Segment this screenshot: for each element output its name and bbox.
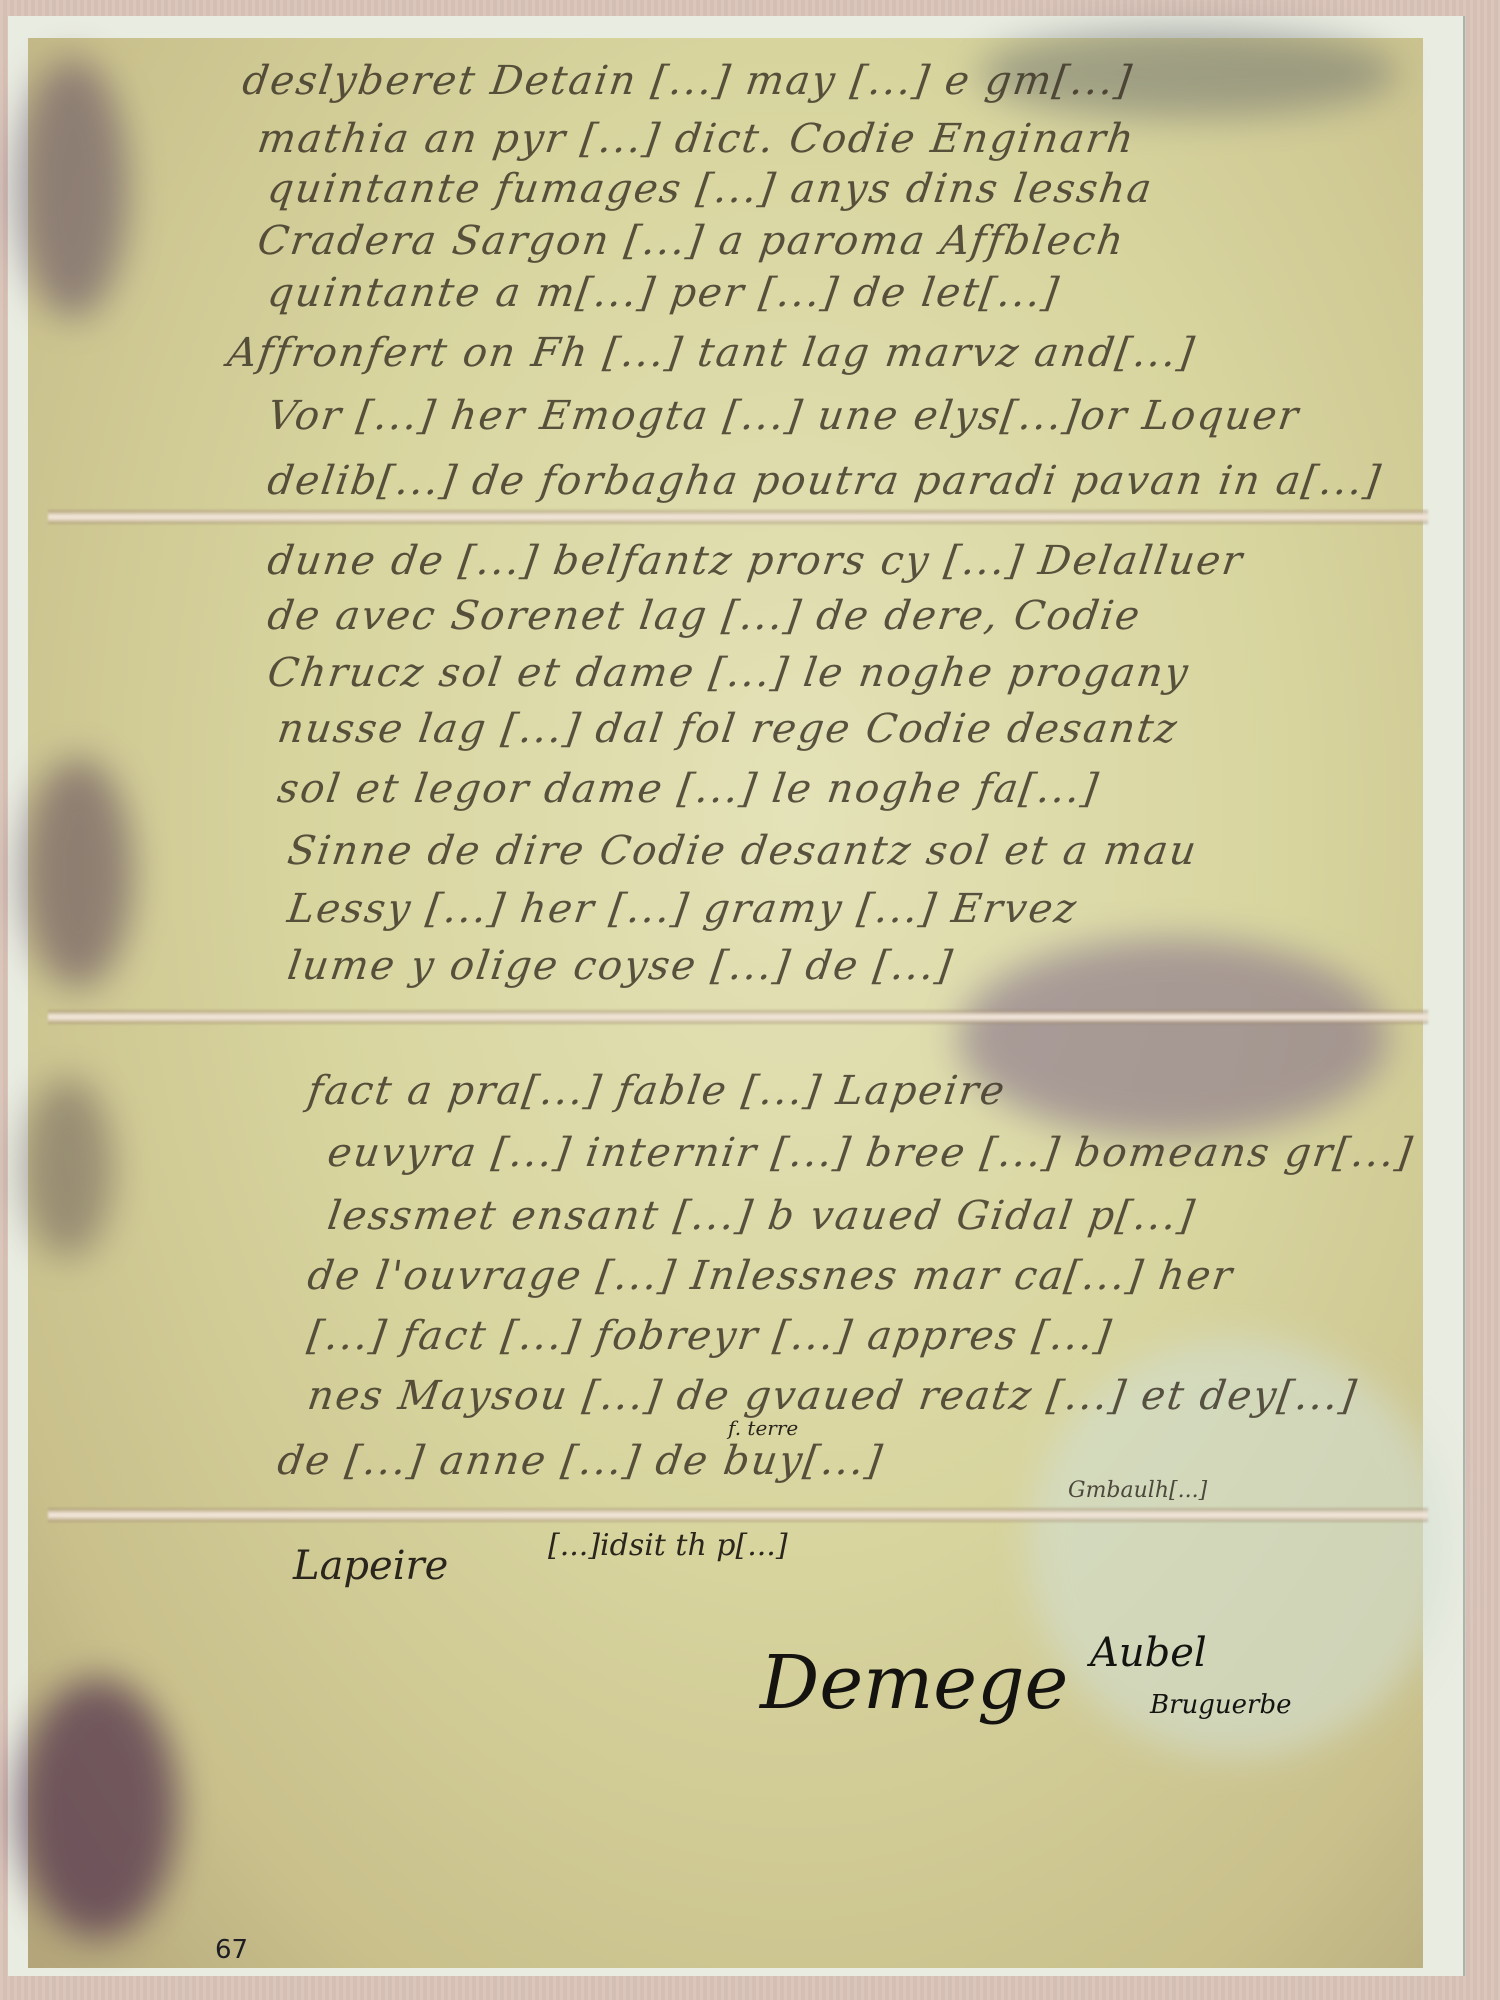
- mark-above-signature: Gmbaulh[...]: [1068, 1478, 1207, 1503]
- text-line: Chrucz sol et dame [...] le noghe progan…: [265, 650, 1193, 696]
- text-line: quintante fumages [...] anys dins lessha: [265, 166, 1156, 212]
- text-line: Affronfert on Fh [...] tant lag marvz an…: [225, 330, 1199, 376]
- page-number: 67: [215, 1935, 248, 1965]
- fold-tear-3: [48, 1508, 1428, 1522]
- stain-left-mid: [23, 758, 133, 988]
- text-line: mathia an pyr [...] dict. Codie Enginarh: [255, 116, 1138, 162]
- text-line: delib[...] de forbagha poutra paradi pav…: [265, 458, 1385, 504]
- text-line: Sinne de dire Codie desantz sol et a mau: [285, 828, 1201, 874]
- stain-left-bottom: [18, 1678, 178, 1938]
- text-line: [...] fact [...] fobreyr [...] appres [.…: [305, 1313, 1116, 1359]
- text-line: dune de [...] belfantz prors cy [...] De…: [265, 538, 1247, 584]
- text-line: de l'ouvrage [...] Inlessnes mar ca[...]…: [305, 1253, 1237, 1299]
- text-line: sol et legor dame [...] le noghe fa[...]: [275, 766, 1103, 812]
- stain-right-purple: [958, 938, 1388, 1138]
- text-line: nusse lag [...] dal fol rege Codie desan…: [275, 706, 1182, 752]
- middle-note: [...]idsit th p[...]: [548, 1528, 788, 1563]
- fold-tear-2: [48, 1010, 1428, 1024]
- text-line: fact a pra[...] fable [...] Lapeire: [305, 1068, 1009, 1114]
- text-line: de [...] anne [...] de buy[...]: [275, 1438, 887, 1484]
- text-line: nes Maysou [...] de gvaued reatz [...] e…: [305, 1373, 1361, 1419]
- signature-second-bottom: Bruguerbe: [1150, 1690, 1292, 1720]
- signature-main: Demege: [760, 1640, 1068, 1726]
- text-line: Cradera Sargon [...] a paroma Affblech: [255, 218, 1128, 264]
- text-line: lume y olige coyse [...] de [...]: [285, 943, 957, 989]
- stain-left-top: [18, 58, 128, 318]
- text-line: Lessy [...] her [...] gramy [...] Ervez: [285, 886, 1081, 932]
- signature-second-top: Aubel: [1090, 1630, 1207, 1676]
- manuscript-sheet: deslyberet Detain [...] may [...] e gm[.…: [28, 38, 1423, 1968]
- text-line: Vor [...] her Emogta [...] une elys[...]…: [265, 393, 1303, 439]
- interlinear-note: f. terre: [728, 1416, 798, 1440]
- text-line: lessmet ensant [...] b vaued Gidal p[...…: [325, 1193, 1199, 1239]
- fold-tear-1: [48, 510, 1428, 524]
- mark-lapeire: Lapeire: [293, 1543, 448, 1589]
- stain-left-lower: [23, 1078, 113, 1258]
- text-line: quintante a m[...] per [...] de let[...]: [265, 270, 1063, 316]
- text-line: deslyberet Detain [...] may [...] e gm[.…: [240, 58, 1136, 104]
- text-line: de avec Sorenet lag [...] de dere, Codie: [265, 593, 1144, 639]
- text-line: euvyra [...] internir [...] bree [...] b…: [325, 1130, 1417, 1176]
